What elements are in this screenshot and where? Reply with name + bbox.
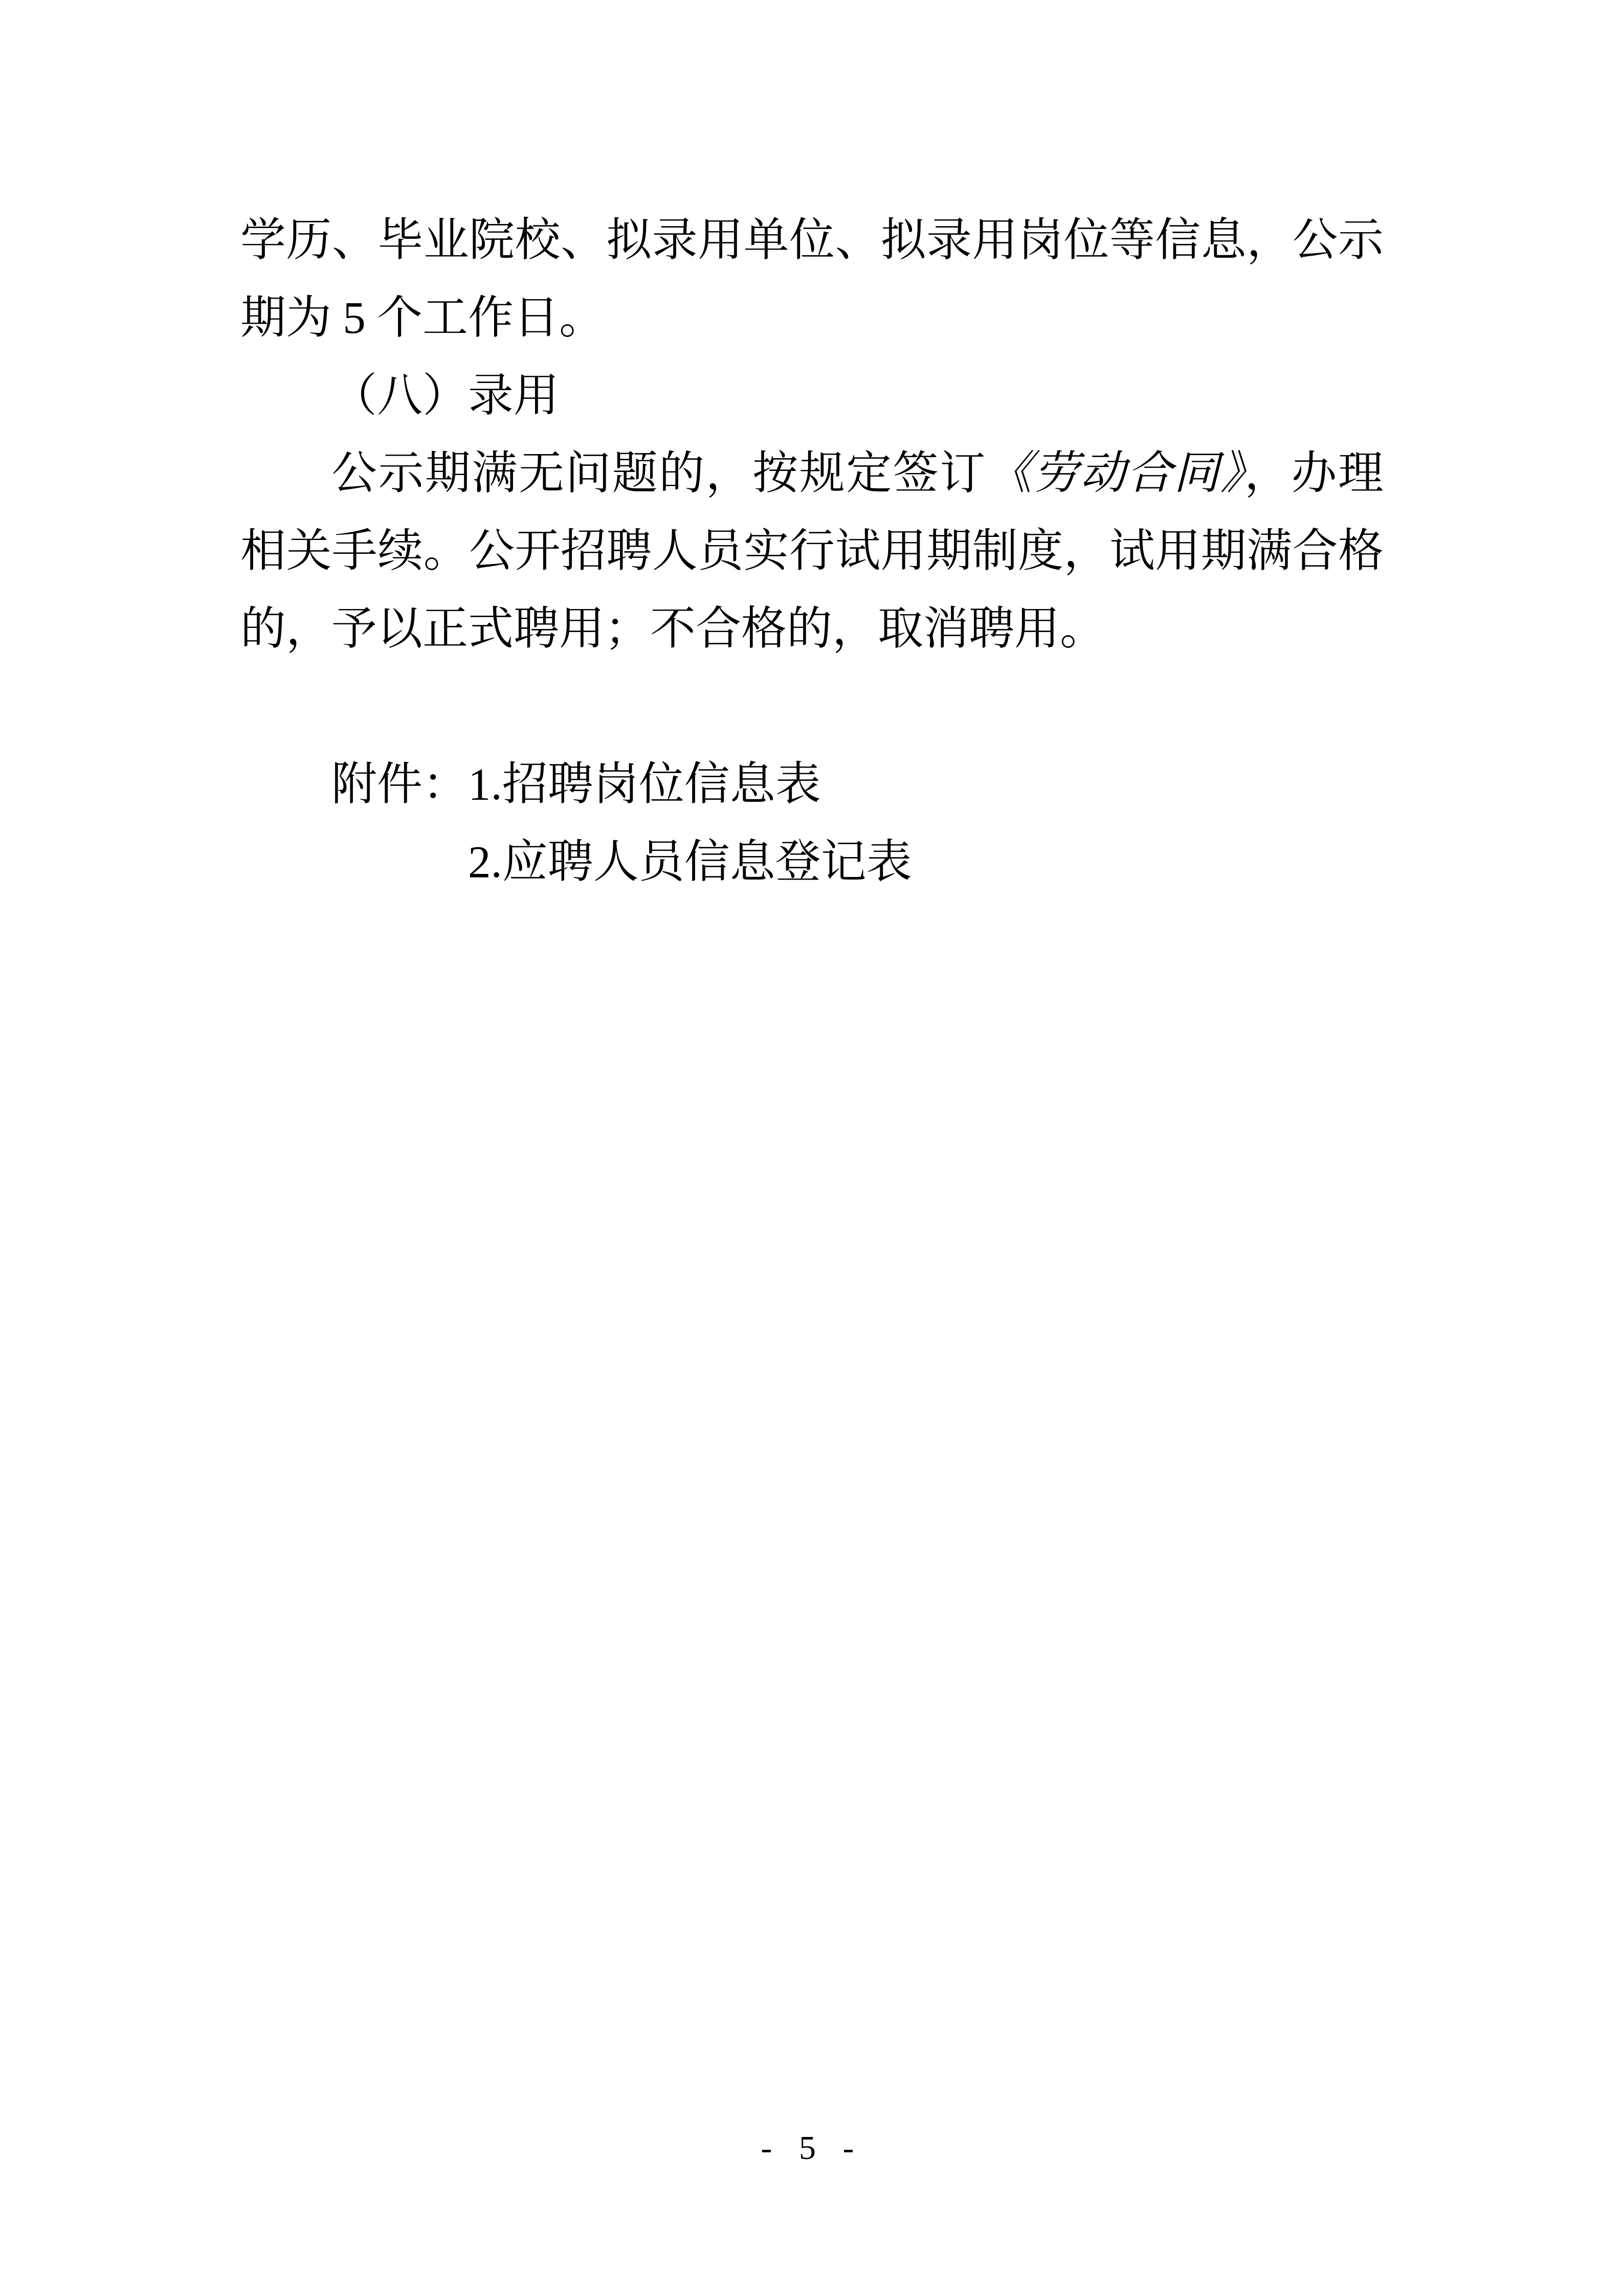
document-body: 学历、毕业院校、拟录用单位、拟录用岗位等信息，公示 期为 5 个工作日。 （八）… <box>240 201 1384 901</box>
attachments-line: 附件：1.招聘岗位信息表 <box>240 746 1384 823</box>
document-page: 学历、毕业院校、拟录用单位、拟录用岗位等信息，公示 期为 5 个工作日。 （八）… <box>0 0 1624 2296</box>
book-title: 《劳动合同》 <box>987 448 1244 499</box>
section-heading: （八）录用 <box>240 357 1384 435</box>
paragraph-line: 相关手续。公开招聘人员实行试用期制度，试用期满合格 <box>240 512 1384 590</box>
attachments-label: 附件： <box>331 759 468 809</box>
paragraph-line: 的，予以正式聘用；不合格的，取消聘用。 <box>240 590 1384 668</box>
attachment-item: 2.应聘人员信息登记表 <box>468 837 912 887</box>
paragraph-line: 公示期满无问题的，按规定签订《劳动合同》，办理 <box>240 435 1384 512</box>
paragraph-text: 公示期满无问题的，按规定签订 <box>331 448 987 499</box>
paragraph-line: 学历、毕业院校、拟录用单位、拟录用岗位等信息，公示 <box>240 201 1384 279</box>
page-number: - 5 - <box>761 2129 863 2167</box>
attachments-line: 2.应聘人员信息登记表 <box>240 823 1384 901</box>
paragraph-text: ，办理 <box>1244 448 1384 499</box>
paragraph-line: 期为 5 个工作日。 <box>240 279 1384 357</box>
attachment-item: 1.招聘岗位信息表 <box>468 759 821 809</box>
page-footer: - 5 - <box>0 2131 1624 2165</box>
